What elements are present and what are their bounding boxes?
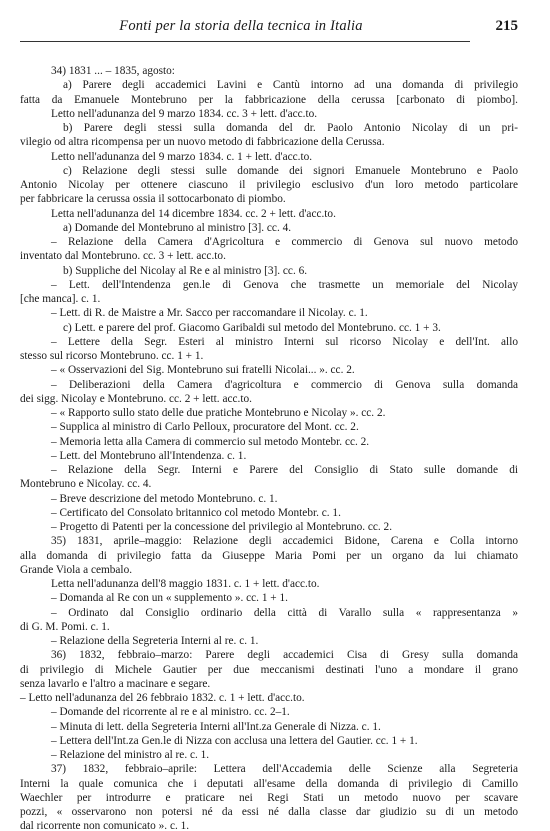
- text-line: stesso sul ricorso Montebruno. cc. 1 + 1…: [20, 349, 518, 363]
- text-line: dei sigg. Nicolay e Montebruno. cc. 2 + …: [20, 392, 518, 406]
- text-line: 36) 1832, febbraio–marzo: Parere degli a…: [20, 648, 518, 662]
- text-line: Letta nell'adunanza dell'8 maggio 1831. …: [20, 577, 518, 591]
- text-line: – Lettere della Segr. Esteri al ministro…: [20, 335, 518, 349]
- text-line: b) Suppliche del Nicolay al Re e al mini…: [20, 264, 518, 278]
- text-line: – Certificato del Consolato britannico c…: [20, 506, 518, 520]
- text-line: Interni la quale comunica che i deputati…: [20, 777, 518, 791]
- text-line: per fabbricare la cerussa ossia il sotto…: [20, 192, 518, 206]
- text-line: – Relazione del ministro al re. c. 1.: [20, 748, 518, 762]
- text-line: b) Parere degli stessi sulla domanda del…: [20, 121, 518, 135]
- text-line: – Lett. del Montebruno all'Intendenza. c…: [20, 449, 518, 463]
- text-line: c) Lett. e parere del prof. Giacomo Gari…: [20, 321, 518, 335]
- document-body: 34) 1831 ... – 1835, agosto:a) Parere de…: [20, 64, 518, 831]
- text-line: – Letto nell'adunanza del 26 febbraio 18…: [20, 691, 518, 705]
- text-line: – « Osservazioni del Sig. Montebruno sui…: [20, 363, 518, 377]
- text-line: 35) 1831, aprile–maggio: Relazione degli…: [20, 534, 518, 548]
- text-line: – Domande del ricorrente al re e al mini…: [20, 705, 518, 719]
- text-line: di privilegio di Michele Gautier per due…: [20, 663, 518, 677]
- page-header: Fonti per la storia della tecnica in Ita…: [20, 18, 520, 38]
- text-line: inventato dal Montebruno. cc. 3 + lett. …: [20, 249, 518, 263]
- text-line: a) Domande del Montebruno al ministro [3…: [20, 221, 518, 235]
- text-line: 34) 1831 ... – 1835, agosto:: [20, 64, 518, 78]
- text-line: Grande Viola a cembalo.: [20, 563, 518, 577]
- text-line: dal ricorrente non comunicato ». c. 1.: [20, 819, 518, 831]
- text-line: – Progetto di Patenti per la concessione…: [20, 520, 518, 534]
- text-line: di G. M. Pomi. c. 1.: [20, 620, 518, 634]
- text-line: fatta da Emanuele Montebruno per la fabb…: [20, 93, 518, 107]
- text-line: Letto nell'adunanza del 9 marzo 1834. cc…: [20, 107, 518, 121]
- text-line: Antonio Nicolay per ottenere ciascuno il…: [20, 178, 518, 192]
- text-line: c) Relazione degli stessi sulle domande …: [20, 164, 518, 178]
- text-line: alla domanda di privilegio fatta da Gius…: [20, 549, 518, 563]
- page-number: 215: [496, 18, 519, 35]
- running-title: Fonti per la storia della tecnica in Ita…: [20, 18, 462, 35]
- text-line: – Lettera dell'Int.za Gen.le di Nizza co…: [20, 734, 518, 748]
- text-line: – Lett. dell'Intendenza gen.le di Genova…: [20, 278, 518, 292]
- text-line: – Minuta di lett. della Segreteria Inter…: [20, 720, 518, 734]
- text-line: – Domanda al Re con un « supplemento ». …: [20, 591, 518, 605]
- text-line: – Relazione della Segr. Interni e Parere…: [20, 463, 518, 477]
- text-line: – Breve descrizione del metodo Montebrun…: [20, 492, 518, 506]
- text-line: – Deliberazioni della Camera d'agricoltu…: [20, 378, 518, 392]
- text-line: – Supplica al ministro di Carlo Pelloux,…: [20, 420, 518, 434]
- text-line: a) Parere degli accademici Lavini e Cant…: [20, 78, 518, 92]
- text-line: – Memoria letta alla Camera di commercio…: [20, 435, 518, 449]
- text-line: senza lavarlo e l'altro a macinare e seg…: [20, 677, 518, 691]
- text-line: vilegio od altra ricompensa per un nuovo…: [20, 135, 518, 149]
- text-line: – « Rapporto sullo stato delle due prati…: [20, 406, 518, 420]
- text-line: – Relazione della Camera d'Agricoltura e…: [20, 235, 518, 249]
- text-line: Letto nell'adunanza del 9 marzo 1834. c.…: [20, 150, 518, 164]
- text-line: Montebruno e Nicolay. cc. 4.: [20, 477, 518, 491]
- text-line: Waechler per introdurre e praticare nei …: [20, 791, 518, 805]
- text-line: Letta nell'adunanza del 14 dicembre 1834…: [20, 207, 518, 221]
- text-line: – Ordinato dal Consiglio ordinario della…: [20, 606, 518, 620]
- text-line: [che manca]. c. 1.: [20, 292, 518, 306]
- text-line: – Lett. di R. de Maistre a Mr. Sacco per…: [20, 306, 518, 320]
- text-line: – Relazione della Segreteria Interni al …: [20, 634, 518, 648]
- text-line: 37) 1832, febbraio–aprile: Lettera dell'…: [20, 762, 518, 776]
- text-line: pozzi, « osservarono non potersi né da e…: [20, 805, 518, 819]
- header-rule: [20, 41, 470, 42]
